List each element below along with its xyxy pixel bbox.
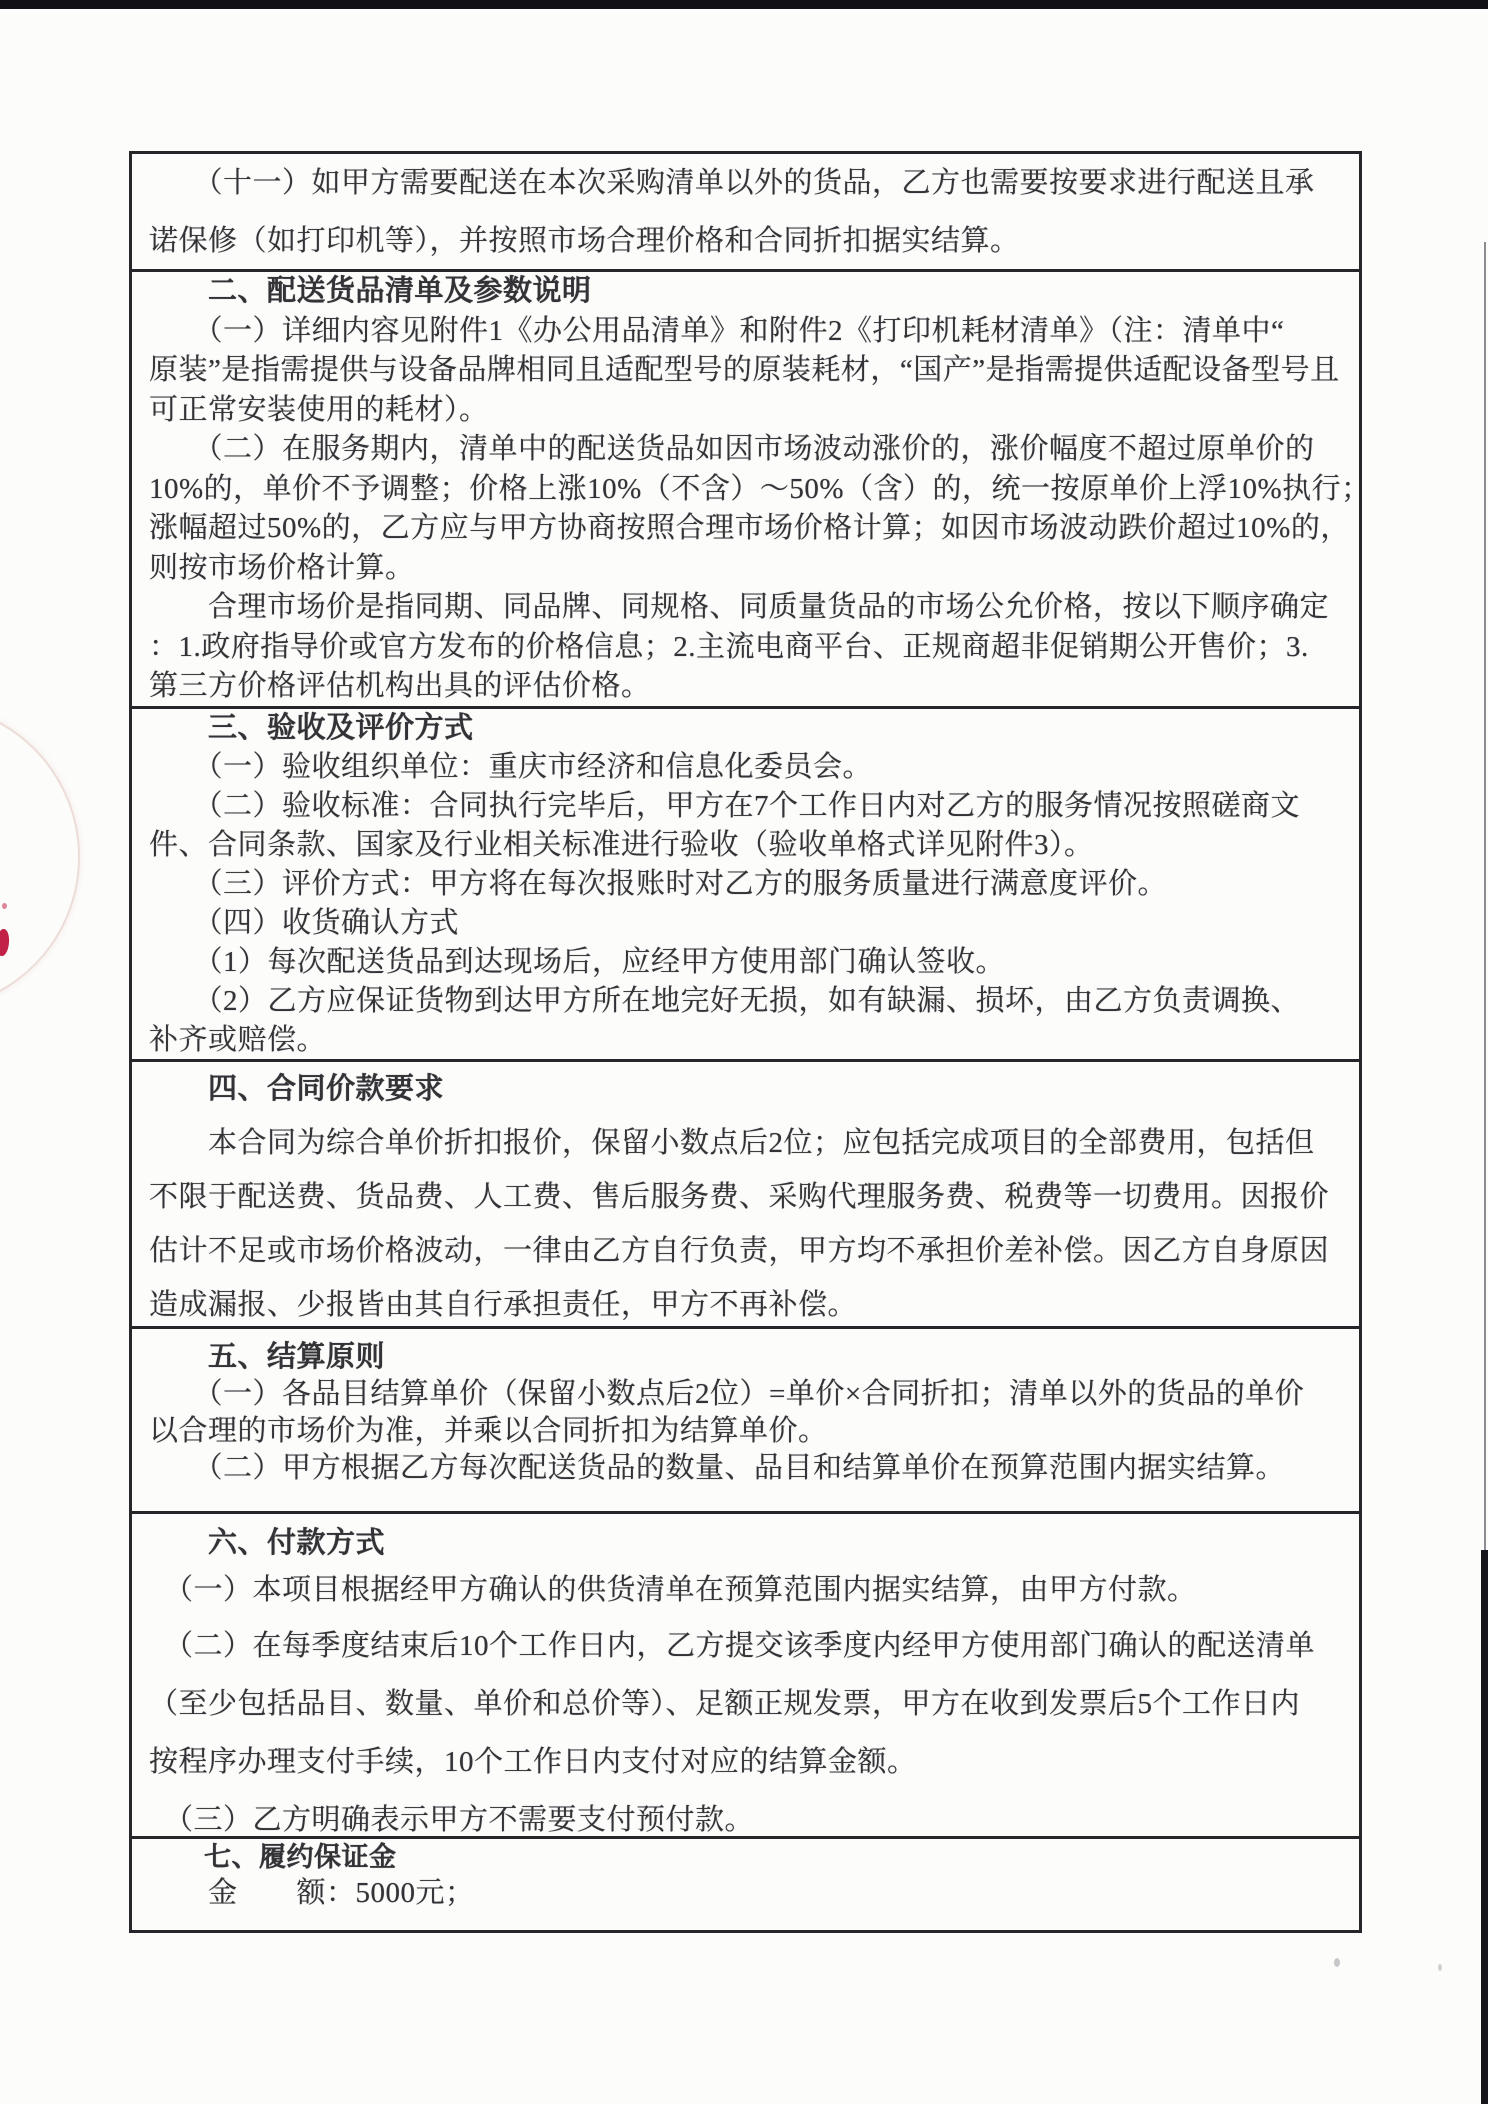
section-heading: 二、配送货品清单及参数说明: [149, 272, 1349, 312]
text-line: （二）在每季度结束后10个工作日内，乙方提交该季度内经甲方使用部门确认的配送清单: [149, 1617, 1349, 1675]
text-line: （三）乙方明确表示甲方不需要支付预付款。: [149, 1791, 1349, 1836]
text-line: （十一）如甲方需要配送在本次采购清单以外的货品，乙方也需要按要求进行配送且承: [149, 154, 1349, 212]
section-heading: 五、结算原则: [149, 1339, 1349, 1376]
text-line: 金 额：5000元；: [149, 1875, 1349, 1911]
text-line: 诺保修（如打印机等），并按照市场合理价格和合同折扣据实结算。: [149, 212, 1349, 269]
seal-stamp-outline: [0, 703, 80, 1011]
text-line: （一）本项目根据经甲方确认的供货清单在预算范围内据实结算，由甲方付款。: [149, 1572, 1349, 1608]
text-line: （二）甲方根据乙方每次配送货品的数量、品目和结算单价在预算范围内据实结算。: [149, 1450, 1349, 1487]
text-line: （二）在服务期内，清单中的配送货品如因市场波动涨价的，涨价幅度不超过原单价的: [149, 430, 1349, 470]
paper-speck: [1438, 1964, 1442, 1971]
text-line: 原装”是指需提供与设备品牌相同且适配型号的原装耗材，“国产”是指需提供适配设备型…: [149, 351, 1349, 391]
section-acceptance-and-evaluation: 三、验收及评价方式 （一）验收组织单位：重庆市经济和信息化委员会。 （二）验收标…: [132, 706, 1359, 1059]
text-line: （1）每次配送货品到达现场后，应经甲方使用部门确认签收。: [149, 943, 1349, 982]
section-heading: 四、合同价款要求: [149, 1062, 1349, 1116]
text-line: （三）评价方式：甲方将在每次报账时对乙方的服务质量进行满意度评价。: [149, 865, 1349, 904]
text-line: 涨幅超过50%的，乙方应与甲方协商按照合理市场价格计算；如因市场波动跌价超过10…: [149, 509, 1349, 549]
text-line: （四）收货确认方式: [149, 904, 1349, 943]
paper-speck: [1334, 1958, 1340, 1967]
text-line: 不限于配送费、货品费、人工费、售后服务费、采购代理服务费、税费等一切费用。因报价: [149, 1170, 1349, 1224]
section-heading: 六、付款方式: [149, 1514, 1349, 1572]
text-line: 10%的，单价不予调整；价格上涨10%（不含）～50%（含）的，统一按原单价上浮…: [149, 470, 1349, 510]
text-line: ：1.政府指导价或官方发布的价格信息；2.主流电商平台、正规商超非促销期公开售价…: [149, 628, 1349, 668]
text-line: （一）验收组织单位：重庆市经济和信息化委员会。: [149, 748, 1349, 787]
text-line: 估计不足或市场价格波动，一律由乙方自行负责，甲方均不承担价差补偿。因乙方自身原因: [149, 1224, 1349, 1278]
text-line: 按程序办理支付手续，10个工作日内支付对应的结算金额。: [149, 1733, 1349, 1791]
section-heading: 七、履约保证金: [149, 1839, 1349, 1875]
contract-terms-table: （十一）如甲方需要配送在本次采购清单以外的货品，乙方也需要按要求进行配送且承诺保…: [129, 151, 1362, 1933]
text-line: 以合理的市场价为准，并乘以合同折扣为结算单价。: [149, 1413, 1349, 1450]
text-line: （一）详细内容见附件1《办公用品清单》和附件2《打印机耗材清单》（注：清单中“: [149, 312, 1349, 352]
text-line: （至少包括品目、数量、单价和总价等）、足额正规发票，甲方在收到发票后5个工作日内: [149, 1675, 1349, 1733]
text-line: 造成漏报、少报皆由其自行承担责任，甲方不再补偿。: [149, 1278, 1349, 1326]
scan-artifact-right-line: [1484, 242, 1486, 1552]
text-line: 第三方价格评估机构出具的评估价格。: [149, 667, 1349, 706]
section-heading: 三、验收及评价方式: [149, 709, 1349, 748]
text-line: 本合同为综合单价折扣报价，保留小数点后2位；应包括完成项目的全部费用，包括但: [149, 1116, 1349, 1170]
scan-artifact-top-edge: [0, 0, 1488, 9]
scan-artifact-right-bar: [1481, 1550, 1488, 2104]
section-clause-extra-delivery: （十一）如甲方需要配送在本次采购清单以外的货品，乙方也需要按要求进行配送且承诺保…: [132, 154, 1359, 269]
section-payment-method: 六、付款方式 （一）本项目根据经甲方确认的供货清单在预算范围内据实结算，由甲方付…: [132, 1511, 1359, 1836]
section-contract-price-requirements: 四、合同价款要求 本合同为综合单价折扣报价，保留小数点后2位；应包括完成项目的全…: [132, 1059, 1359, 1326]
seal-ink-dot: [2, 903, 7, 909]
text-line: 则按市场价格计算。: [149, 549, 1349, 589]
text-line: （一）各品目结算单价（保留小数点后2位）=单价×合同折扣；清单以外的货品的单价: [149, 1376, 1349, 1413]
text-line: 件、合同条款、国家及行业相关标准进行验收（验收单格式详见附件3）。: [149, 826, 1349, 865]
section-settlement-principles: 五、结算原则 （一）各品目结算单价（保留小数点后2位）=单价×合同折扣；清单以外…: [132, 1326, 1359, 1511]
text-line: 合理市场价是指同期、同品牌、同规格、同质量货品的市场公允价格，按以下顺序确定: [149, 588, 1349, 628]
text-line: （2）乙方应保证货物到达甲方所在地完好无损，如有缺漏、损坏，由乙方负责调换、: [149, 982, 1349, 1021]
text-line: 补齐或赔偿。: [149, 1021, 1349, 1059]
section-goods-list-and-params: 二、配送货品清单及参数说明 （一）详细内容见附件1《办公用品清单》和附件2《打印…: [132, 269, 1359, 706]
text-line: 可正常安装使用的耗材）。: [149, 391, 1349, 431]
section-performance-bond: 七、履约保证金 金 额：5000元；: [132, 1836, 1359, 1930]
scanned-contract-page: { "artifact_colors": { "table_border": "…: [0, 0, 1488, 2104]
text-line: （二）验收标准：合同执行完毕后，甲方在7个工作日内对乙方的服务情况按照磋商文: [149, 787, 1349, 826]
